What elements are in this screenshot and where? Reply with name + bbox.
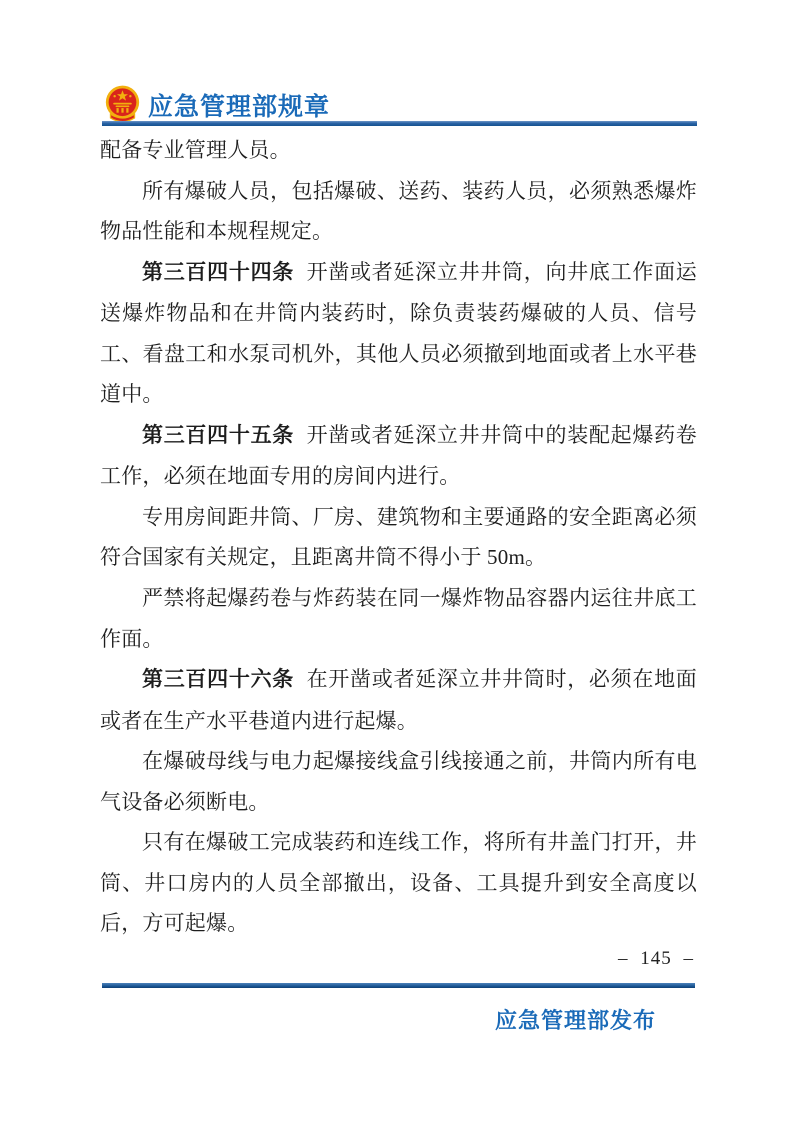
document-paragraph: 专用房间距井筒、厂房、建筑物和主要通路的安全距离必须符合国家有关规定，且距离井筒…: [100, 497, 697, 578]
header-divider: [102, 121, 697, 126]
regulation-page: { "header": { "title": "应急管理部规章", "emble…: [0, 0, 793, 1122]
paragraph-text: 在爆破母线与电力起爆接线盒引线接通之前，井筒内所有电气设备必须断电。: [100, 749, 697, 814]
article-number: 第三百四十六条: [142, 668, 294, 691]
header-title: 应急管理部规章: [148, 87, 330, 123]
paragraph-text: 所有爆破人员，包括爆破、送药、装药人员，必须熟悉爆炸物品性能和本规程规定。: [100, 179, 697, 244]
china-national-emblem-icon: [104, 84, 141, 126]
document-paragraph: 所有爆破人员，包括爆破、送药、装药人员，必须熟悉爆炸物品性能和本规程规定。: [100, 171, 697, 252]
document-paragraph: 配备专业管理人员。: [100, 130, 697, 171]
footer-divider: [102, 983, 695, 988]
document-paragraph: 严禁将起爆药卷与炸药装在同一爆炸物品容器内运往井底工作面。: [100, 578, 697, 659]
document-body: 配备专业管理人员。所有爆破人员，包括爆破、送药、装药人员，必须熟悉爆炸物品性能和…: [100, 130, 697, 944]
article-number: 第三百四十五条: [142, 424, 294, 447]
paragraph-text: 专用房间距井筒、厂房、建筑物和主要通路的安全距离必须符合国家有关规定，且距离井筒…: [100, 505, 697, 570]
document-paragraph: 第三百四十四条开凿或者延深立井井筒，向井底工作面运送爆炸物品和在井筒内装药时，除…: [100, 252, 697, 415]
footer-publisher: 应急管理部发布: [100, 1004, 656, 1035]
paragraph-text: 配备专业管理人员。: [100, 138, 291, 162]
document-paragraph: 在爆破母线与电力起爆接线盒引线接通之前，井筒内所有电气设备必须断电。: [100, 741, 697, 822]
document-paragraph: 第三百四十六条在开凿或者延深立井井筒时，必须在地面或者在生产水平巷道内进行起爆。: [100, 659, 697, 741]
document-paragraph: 第三百四十五条开凿或者延深立井井筒中的装配起爆药卷工作，必须在地面专用的房间内进…: [100, 415, 697, 497]
page-number: – 145 –: [100, 948, 694, 970]
document-paragraph: 只有在爆破工完成装药和连线工作，将所有井盖门打开，井筒、井口房内的人员全部撤出，…: [100, 822, 697, 944]
article-number: 第三百四十四条: [142, 261, 294, 284]
page-header: 应急管理部规章: [104, 84, 330, 126]
paragraph-text: 只有在爆破工完成装药和连线工作，将所有井盖门打开，井筒、井口房内的人员全部撤出，…: [100, 830, 697, 935]
paragraph-text: 严禁将起爆药卷与炸药装在同一爆炸物品容器内运往井底工作面。: [100, 586, 697, 651]
